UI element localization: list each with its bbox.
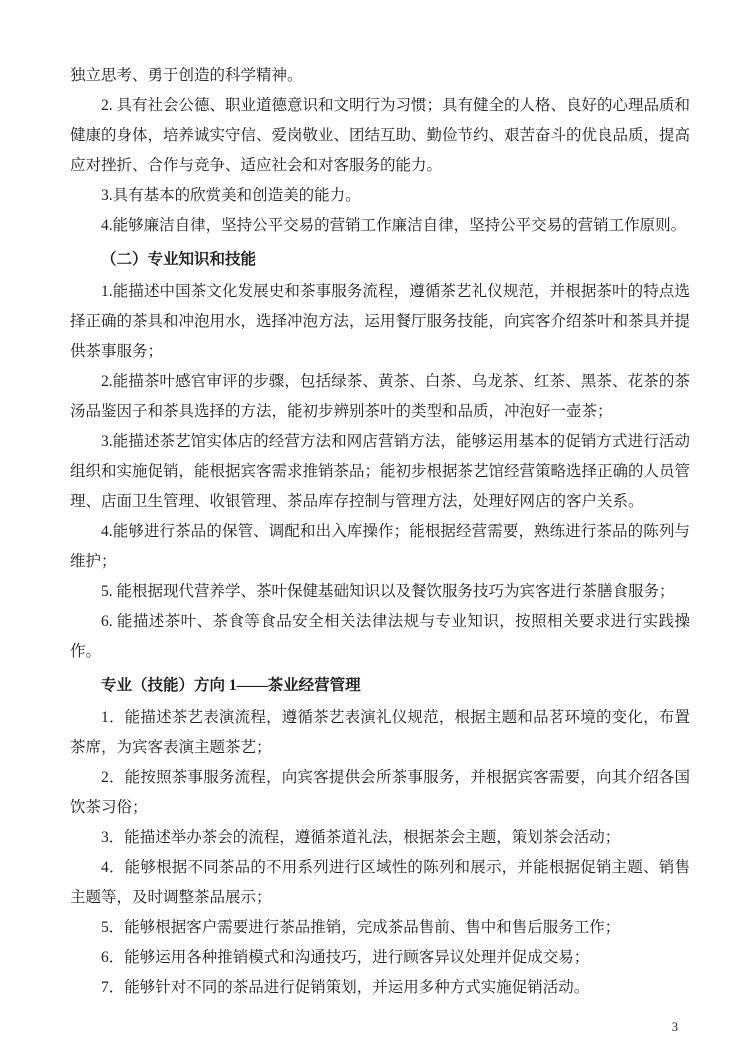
paragraph: 6．能够运用各种推销模式和沟通技巧，进行顾客异议处理并促成交易； <box>70 943 690 973</box>
paragraph: 3.具有基本的欣赏美和创造美的能力。 <box>70 181 690 211</box>
paragraph: 6. 能描述茶叶、茶食等食品安全相关法律法规与专业知识，按照相关要求进行实践操作… <box>70 607 690 667</box>
section-heading: （二）专业知识和技能 <box>70 245 690 275</box>
section-heading: 专业（技能）方向 1——茶业经营管理 <box>70 671 690 701</box>
paragraph: 2．能按照茶事服务流程，向宾客提供会所茶事服务，并根据宾客需要，向其介绍各国饮茶… <box>70 763 690 823</box>
document-page: 独立思考、勇于创造的科学精神。2. 具有社会公德、职业道德意识和文明行为习惯；具… <box>0 0 750 1060</box>
paragraph: 5. 能根据现代营养学、茶叶保健基础知识以及餐饮服务技巧为宾客进行茶膳食服务； <box>70 577 690 607</box>
paragraph: 4．能够根据不同茶品的不用系列进行区域性的陈列和展示，并能根据促销主题、销售主题… <box>70 853 690 913</box>
paragraph: 5．能够根据客户需要进行茶品推销，完成茶品售前、售中和售后服务工作； <box>70 913 690 943</box>
paragraph: 3．能描述举办茶会的流程，遵循茶道礼法，根据茶会主题，策划茶会活动； <box>70 823 690 853</box>
paragraph: 1．能描述茶艺表演流程，遵循茶艺表演礼仪规范，根据主题和品茗环境的变化，布置茶席… <box>70 703 690 763</box>
paragraph: 2. 具有社会公德、职业道德意识和文明行为习惯；具有健全的人格、良好的心理品质和… <box>70 91 690 181</box>
paragraph: 7．能够针对不同的茶品进行促销策划，并运用多种方式实施促销活动。 <box>70 973 690 1003</box>
paragraph: 独立思考、勇于创造的科学精神。 <box>70 61 690 91</box>
document-content: 独立思考、勇于创造的科学精神。2. 具有社会公德、职业道德意识和文明行为习惯；具… <box>70 61 690 1003</box>
page-number: 3 <box>672 1020 678 1034</box>
paragraph: 4.能够进行茶品的保管、调配和出入库操作；能根据经营需要，熟练进行茶品的陈列与维… <box>70 517 690 577</box>
paragraph: 1.能描述中国茶文化发展史和茶事服务流程，遵循茶艺礼仪规范，并根据茶叶的特点选择… <box>70 277 690 367</box>
paragraph: 4.能够廉洁自律，坚持公平交易的营销工作廉洁自律，坚持公平交易的营销工作原则。 <box>70 211 690 241</box>
paragraph: 3.能描述茶艺馆实体店的经营方法和网店营销方法，能够运用基本的促销方式进行活动组… <box>70 427 690 517</box>
paragraph: 2.能描茶叶感官审评的步骤，包括绿茶、黄茶、白茶、乌龙茶、红茶、黑茶、花茶的茶汤… <box>70 367 690 427</box>
